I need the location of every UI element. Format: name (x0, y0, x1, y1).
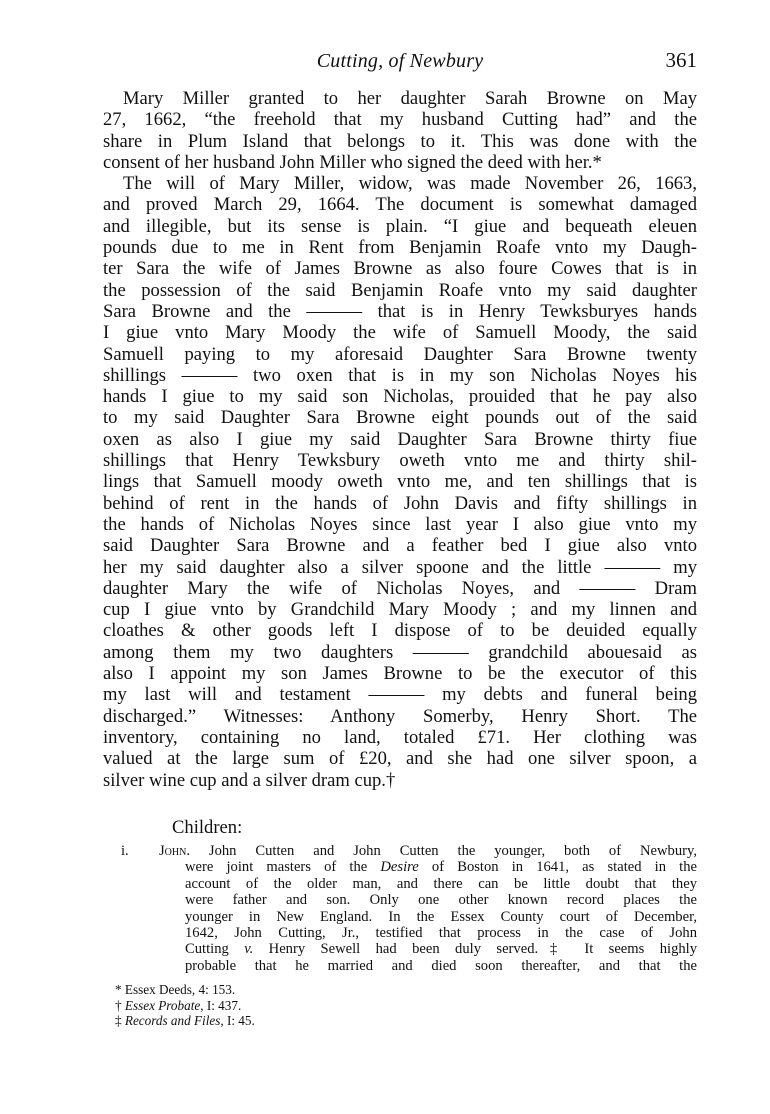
footnote: † Essex Probate, I: 437. (115, 998, 515, 1014)
text-line: her my said daughter also a silver spoon… (103, 557, 697, 578)
text-line: 1642, John Cutting, Jr., testified that … (159, 925, 697, 941)
text-line: said Daughter Sara Browne and a feather … (103, 535, 697, 556)
ship-name: Desire (380, 859, 418, 875)
text-line: among them my two daughters ——— grandchi… (103, 642, 697, 663)
text-line: discharged.” Witnesses: Anthony Somerby,… (103, 706, 697, 727)
footnote: * Essex Deeds, 4: 153. (115, 982, 515, 998)
text-line: to my said Daughter Sara Browne eight po… (103, 407, 697, 428)
text-line: probable that he married and died soon t… (159, 958, 697, 974)
body-text: Mary Miller granted to her daughter Sara… (103, 88, 697, 791)
footnote-source: Essex Probate (125, 998, 200, 1013)
text-line: cup I giue vnto by Grandchild Mary Moody… (103, 599, 697, 620)
text-line: were father and son. Only one other know… (159, 892, 697, 908)
running-title: Cutting, of Newbury (103, 50, 697, 73)
text-line: my last will and testament ——— my debts … (103, 684, 697, 705)
document-page: Cutting, of Newbury 361 Mary Miller gran… (0, 0, 770, 1114)
text-line: Samuell paying to my aforesaid Daughter … (103, 344, 697, 365)
text-line: 27, 1662, “the freehold that my husband … (103, 109, 697, 130)
text-line: valued at the large sum of £20, and she … (103, 748, 697, 769)
text-line: shillings ——— two oxen that is in my son… (103, 365, 697, 386)
footnote-source: Records and Files (125, 1013, 220, 1028)
child-numeral: i. (121, 843, 129, 859)
text-line: younger in New England. In the Essex Cou… (159, 909, 697, 925)
text-line: lings that Samuell moody oweth vnto me, … (103, 471, 697, 492)
paragraph-deed: Mary Miller granted to her daughter Sara… (103, 88, 697, 173)
footnote-source: Essex Deeds (125, 982, 192, 997)
paragraph-will: The will of Mary Miller, widow, was made… (103, 173, 697, 791)
text-line: daughter Mary the wife of Nicholas Noyes… (103, 578, 697, 599)
text-line: Mary Miller granted to her daughter Sara… (103, 88, 697, 109)
text-line: Cutting v. Henry Sewell had been duly se… (159, 941, 697, 957)
text-line: Sara Browne and the ——— that is in Henry… (103, 301, 697, 322)
text-line: the hands of Nicholas Noyes since last y… (103, 514, 697, 535)
child-text: John. John Cutten and John Cutten the yo… (159, 843, 697, 974)
text-line: ter Sara the wife of James Browne as als… (103, 258, 697, 279)
text-line: behind of rent in the hands of John Davi… (103, 493, 697, 514)
children-heading: Children: (172, 817, 242, 839)
page-number: 361 (666, 48, 698, 73)
text-line: oxen as also I giue my said Daughter Sar… (103, 429, 697, 450)
text-line: cloathes & other goods left I dispose of… (103, 620, 697, 641)
child-name: John. (159, 843, 190, 859)
text-line: share in Plum Island that belongs to it.… (103, 131, 697, 152)
text-line: inventory, containing no land, totaled £… (103, 727, 697, 748)
running-head: Cutting, of Newbury 361 (103, 50, 697, 76)
text-line: John. John Cutten and John Cutten the yo… (159, 843, 697, 859)
text-line: I giue vnto Mary Moody the wife of Samue… (103, 322, 697, 343)
text-line: pounds due to me in Rent from Benjamin R… (103, 237, 697, 258)
text-line: and illegible, but its sense is plain. “… (103, 216, 697, 237)
text-line: and proved March 29, 1664. The document … (103, 194, 697, 215)
text-line: silver wine cup and a silver dram cup.† (103, 770, 697, 791)
text-line: hands I giue to my said son Nicholas, pr… (103, 386, 697, 407)
text-line: shillings that Henry Tewksbury oweth vnt… (103, 450, 697, 471)
text-line: were joint masters of the Desire of Bost… (159, 859, 697, 875)
text-line: consent of her husband John Miller who s… (103, 152, 697, 173)
text-line: also I appoint my son James Browne to be… (103, 663, 697, 684)
footnotes: * Essex Deeds, 4: 153. † Essex Probate, … (115, 982, 515, 1029)
text-line: the possession of the said Benjamin Roaf… (103, 280, 697, 301)
text-line: The will of Mary Miller, widow, was made… (103, 173, 697, 194)
text-line: account of the older man, and there can … (159, 876, 697, 892)
footnote: ‡ Records and Files, I: 45. (115, 1013, 515, 1029)
